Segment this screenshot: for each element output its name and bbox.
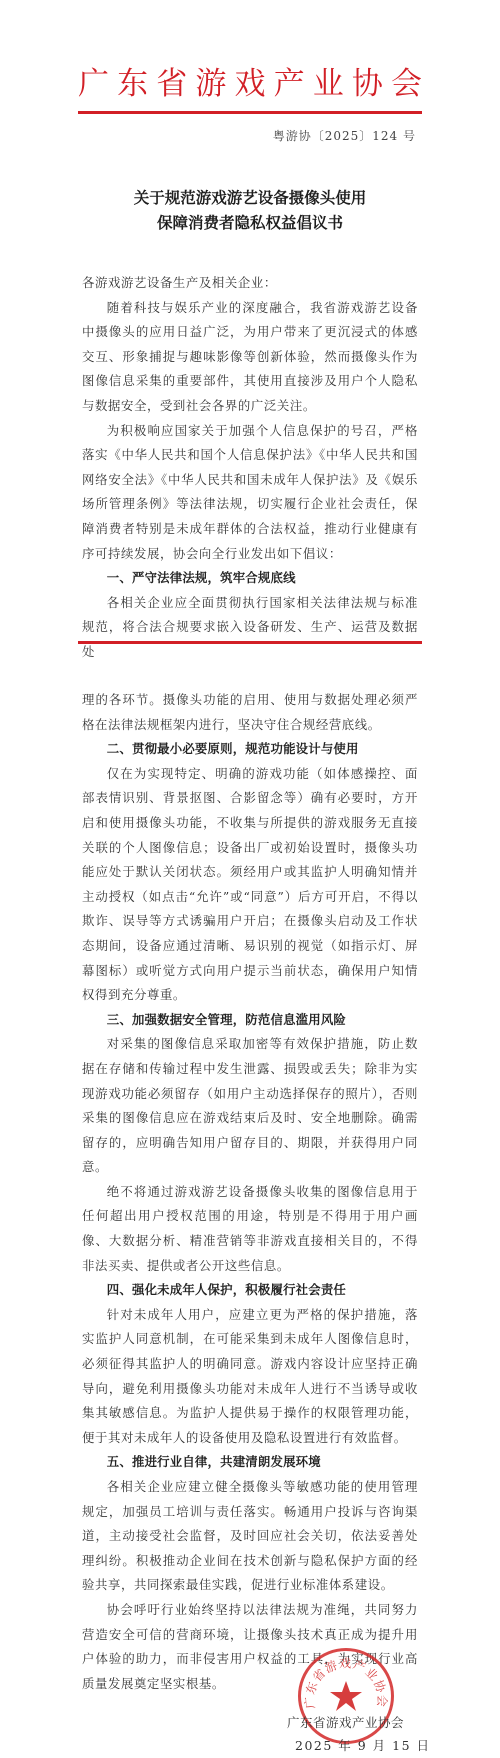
section-3-heading: 三、加强数据安全管理，防范信息滥用风险 [82,1008,418,1033]
section-1-paragraph-part-2: 理的各环节。摄像头功能的启用、使用与数据处理必须严格在法律法规框架内进行，坚决守… [82,688,418,737]
section-3-paragraph-2: 绝不将通过游戏游艺设备摄像头收集的图像信息用于任何超出用户授权范围的用途，特别是… [82,1180,418,1278]
salutation: 各游戏游艺设备生产及相关企业： [82,271,418,296]
signature-org: 广东省游戏产业协会 [287,1713,404,1731]
section-4-paragraph: 针对未成年人用户，应建立更为严格的保护措施，落实监护人同意机制，在可能采集到未成… [82,1303,418,1451]
section-2-heading: 二、贯彻最小必要原则，规范功能设计与使用 [82,737,418,762]
letterhead-org-name: 广东省游戏产业协会 [78,66,424,102]
page-1-body: 各游戏游艺设备生产及相关企业： 随着科技与娱乐产业的深度融合，我省游戏游艺设备中… [82,271,418,665]
document-number: 粤游协〔2025〕124 号 [273,127,416,144]
section-4-heading: 四、强化未成年人保护，积极履行社会责任 [82,1278,418,1303]
page-break-red-rule [78,641,422,644]
intro-paragraph-1: 随着科技与娱乐产业的深度融合，我省游戏游艺设备中摄像头的应用日益广泛，为用户带来… [82,296,418,419]
intro-paragraph-2: 为积极响应国家关于加强个人信息保护的号召，严格落实《中华人民共和国个人信息保护法… [82,419,418,567]
section-5-paragraph: 各相关企业应建立健全摄像头等敏感功能的使用管理规定，加强员工培训与责任落实。畅通… [82,1475,418,1598]
signature-date: 2025 年 9 月 15 日 [295,1736,431,1754]
page-2-body: 理的各环节。摄像头功能的启用、使用与数据处理必须严格在法律法规框架内进行，坚决守… [82,688,418,1696]
section-2-paragraph: 仅在为实现特定、明确的游戏功能（如体感操控、面部表情识别、背景抠图、合影留念等）… [82,762,418,1008]
section-1-paragraph-part-1: 各相关企业应全面贯彻执行国家相关法律法规与标准规范，将合法合规要求嵌入设备研发、… [82,591,418,665]
document-page: 广东省游戏产业协会 粤游协〔2025〕124 号 关于规范游戏游艺设备摄像头使用… [0,0,500,1758]
letterhead-red-rule [78,111,422,114]
document-title-line-1: 关于规范游戏游艺设备摄像头使用 [0,186,500,211]
document-title-line-2: 保障消费者隐私权益倡议书 [0,211,500,236]
star-icon [330,1681,362,1711]
section-3-paragraph-1: 对采集的图像信息采取加密等有效保护措施，防止数据在存储和传输过程中发生泄露、损毁… [82,1032,418,1180]
section-5-heading: 五、推进行业自律，共建清朗发展环境 [82,1450,418,1475]
section-1-heading: 一、严守法律法规，筑牢合规底线 [82,566,418,591]
